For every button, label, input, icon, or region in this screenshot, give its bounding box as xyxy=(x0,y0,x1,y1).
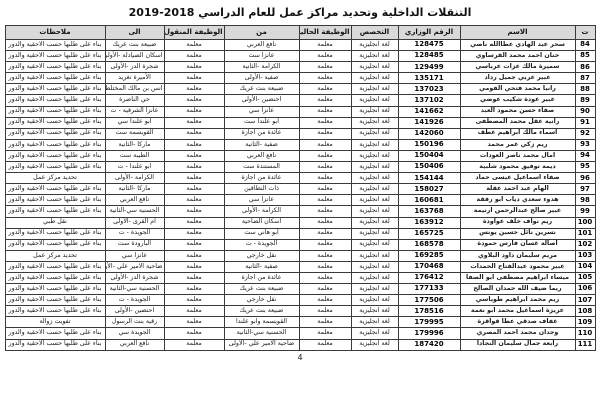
cell-serial: 88 xyxy=(575,84,595,95)
cell-ministry-number: 177506 xyxy=(398,295,460,306)
cell-notes: تحديد مركز عمل xyxy=(5,173,105,184)
table-row: 89عبير عودة شكيب عوضي137102لغة انجليزيةم… xyxy=(5,95,595,106)
col-header-specialty: التخصص xyxy=(351,26,398,40)
cell-ministry-number: 150196 xyxy=(398,139,460,150)
cell-serial: 93 xyxy=(575,139,595,150)
cell-specialty: لغة انجليزية xyxy=(351,250,398,261)
cell-current-position: معلمة xyxy=(299,117,351,128)
cell-current-position: معلمة xyxy=(299,250,351,261)
cell-specialty: لغة انجليزية xyxy=(351,106,398,117)
cell-notes: بناء على طلبها حسب الاحقية والدور xyxy=(5,62,105,73)
cell-name: صفاء حسن محمود العبد xyxy=(460,106,575,117)
table-row: 92اسماء مالك ابراهيم عطف142060لغة انجليز… xyxy=(5,128,595,139)
cell-from-school: ضبيعة بنت عريك xyxy=(224,284,299,295)
cell-specialty: لغة انجليزية xyxy=(351,239,398,250)
cell-to-school: اسكان الصيادلة -الأولى xyxy=(105,51,164,62)
cell-current-position: معلمة xyxy=(299,284,351,295)
cell-serial: 98 xyxy=(575,195,595,206)
table-row: 84سحر عبد الهادي عطاالله ناصي128475لغة ا… xyxy=(5,40,595,51)
cell-new-position: معلمة xyxy=(164,217,224,228)
cell-new-position: معلمة xyxy=(164,295,224,306)
cell-current-position: معلمة xyxy=(299,239,351,250)
cell-new-position: معلمة xyxy=(164,195,224,206)
cell-ministry-number: 176412 xyxy=(398,272,460,283)
cell-specialty: لغة انجليزية xyxy=(351,272,398,283)
table-row: 86سميرة مالك عزات عرباسي129499لغة انجليز… xyxy=(5,62,595,73)
table-row: 111رابعة جمال سليمان النجادا187420لغة ان… xyxy=(5,339,595,350)
table-row: 102اصالة غسان فارس حمودة168578لغة انجليز… xyxy=(5,239,595,250)
cell-notes: بناء على طلبها حسب الاحقية والدور xyxy=(5,339,105,350)
cell-to-school: الحسنية سي-الثانية xyxy=(105,284,164,295)
cell-current-position: معلمة xyxy=(299,184,351,195)
col-header-current-position: الوظيفة الحالية xyxy=(299,26,351,40)
cell-to-school: الحسنية سي-الثانية xyxy=(105,206,164,217)
document-page: التنقلات الداخلية وتحديد مراكز عمل للعام… xyxy=(0,0,600,398)
cell-serial: 99 xyxy=(575,206,595,217)
cell-current-position: معلمة xyxy=(299,139,351,150)
cell-to-school: القويسمة ست xyxy=(105,128,164,139)
cell-current-position: معلمة xyxy=(299,328,351,339)
cell-notes: بناء على طلبها حسب الاحقية والدور xyxy=(5,195,105,206)
cell-to-school: شجرة الدر -الأولى xyxy=(105,272,164,283)
cell-serial: 90 xyxy=(575,106,595,117)
transfers-table: ت الاسم الرقم الوزاري التخصص الوظيفة الح… xyxy=(5,25,596,351)
cell-current-position: معلمة xyxy=(299,162,351,173)
cell-current-position: معلمة xyxy=(299,195,351,206)
cell-new-position: معلمة xyxy=(164,139,224,150)
cell-from-school: عانزا سي xyxy=(224,195,299,206)
cell-current-position: معلمة xyxy=(299,173,351,184)
cell-name: ريم نواف خلف عواودة xyxy=(460,217,575,228)
cell-ministry-number: 169285 xyxy=(398,250,460,261)
col-header-ministry-number: الرقم الوزاري xyxy=(398,26,460,40)
cell-ministry-number: 160681 xyxy=(398,195,460,206)
cell-to-school: ابو علندا - ت xyxy=(105,162,164,173)
col-header-serial: ت xyxy=(575,26,595,40)
cell-new-position: معلمة xyxy=(164,128,224,139)
cell-to-school: ضبيعة بنت عريك xyxy=(105,40,164,51)
cell-specialty: لغة انجليزية xyxy=(351,84,398,95)
cell-notes: بناء على طلبها حسب الاحقية والدور xyxy=(5,128,105,139)
cell-from-school: صفية -الثانية xyxy=(224,261,299,272)
cell-from-school: عانزا سي xyxy=(224,106,299,117)
cell-to-school: شجرة الدر -الأولى xyxy=(105,62,164,73)
cell-name: رانية عقل محمد المصطفى xyxy=(460,117,575,128)
cell-from-school: ضبيعة بنت عريك xyxy=(224,84,299,95)
cell-from-school: عائدة من اجازة xyxy=(224,173,299,184)
cell-new-position: معلمة xyxy=(164,272,224,283)
cell-notes: بناء على طلبها حسب الاحقية والدور xyxy=(5,51,105,62)
cell-serial: 105 xyxy=(575,272,595,283)
cell-ministry-number: 177133 xyxy=(398,284,460,295)
cell-name: اسماء مالك ابراهيم عطف xyxy=(460,128,575,139)
cell-serial: 104 xyxy=(575,261,595,272)
cell-notes: بناء على طلبها حسب الاحقية والدور xyxy=(5,295,105,306)
cell-new-position: معلمة xyxy=(164,228,224,239)
cell-ministry-number: 128485 xyxy=(398,51,460,62)
cell-serial: 95 xyxy=(575,162,595,173)
cell-specialty: لغة انجليزية xyxy=(351,139,398,150)
cell-notes: نقل طبي xyxy=(5,217,105,228)
cell-notes: بناء على طلبها حسب الاحقية والدور xyxy=(5,162,105,173)
cell-name: عبير عودة شكيب عوضي xyxy=(460,95,575,106)
cell-serial: 91 xyxy=(575,117,595,128)
cell-from-school: المستندة ست xyxy=(224,162,299,173)
page-number: 4 xyxy=(0,353,600,362)
table-header: ت الاسم الرقم الوزاري التخصص الوظيفة الح… xyxy=(5,26,595,40)
cell-specialty: لغة انجليزية xyxy=(351,284,398,295)
table-row: 109عفاف صدقي عطا قواقزة179995لغة انجليزي… xyxy=(5,317,595,328)
cell-current-position: معلمة xyxy=(299,261,351,272)
cell-name: هدوء سعدي دياب ابو رفقة xyxy=(460,195,575,206)
table-row: 91رانية عقل محمد المصطفى141926لغة انجليز… xyxy=(5,117,595,128)
cell-new-position: معلمة xyxy=(164,51,224,62)
cell-ministry-number: 154144 xyxy=(398,173,460,184)
cell-current-position: معلمة xyxy=(299,150,351,161)
cell-specialty: لغة انجليزية xyxy=(351,195,398,206)
cell-notes: بناء على طلبها حسب الاحقية والدور xyxy=(5,206,105,217)
cell-notes: بناء على طلبها حسب الاحقية والدور xyxy=(5,150,105,161)
cell-name: صفاء اسماعيل عيسى حماد xyxy=(460,173,575,184)
col-header-notes: ملاحظات xyxy=(5,26,105,40)
cell-name: عزيزة اسماعيل محمد ابو نعمة xyxy=(460,306,575,317)
cell-ministry-number: 163912 xyxy=(398,217,460,228)
table-row: 106ريما ضيف الله حمدان الصالح177133لغة ا… xyxy=(5,284,595,295)
cell-notes: بناء على طلبها حسب الاحقية والدور xyxy=(5,261,105,272)
cell-new-position: معلمة xyxy=(164,84,224,95)
table-row: 97الهام عبد احمد عقلة158027لغة انجليزيةم… xyxy=(5,184,595,195)
table-row: 93ريم زكي عمر محمد150196لغة انجليزيةمعلم… xyxy=(5,139,595,150)
table-row: 95ديمة توفيق محمود شلبية150406لغة انجليز… xyxy=(5,162,595,173)
cell-new-position: معلمة xyxy=(164,284,224,295)
cell-to-school: البارودة ست xyxy=(105,239,164,250)
cell-to-school: عانزا الشرقية - ت xyxy=(105,106,164,117)
cell-new-position: معلمة xyxy=(164,62,224,73)
cell-new-position: معلمة xyxy=(164,339,224,350)
cell-from-school: ضبيعة بنت عريك xyxy=(224,306,299,317)
cell-from-school: ضاحية الامير علي -الأولى xyxy=(224,339,299,350)
cell-name: عبير عربي جميل رداد xyxy=(460,73,575,84)
cell-notes: بناء على طلبها حسب الاحقية والدور xyxy=(5,272,105,283)
cell-notes: بناء على طلبها حسب الاحقية والدور xyxy=(5,328,105,339)
col-header-from-school: من xyxy=(224,26,299,40)
cell-new-position: معلمة xyxy=(164,250,224,261)
cell-from-school: نقل خارجي xyxy=(224,295,299,306)
cell-to-school: عانزا سي xyxy=(105,250,164,261)
table-row: 108عزيزة اسماعيل محمد ابو نعمة178516لغة … xyxy=(5,306,595,317)
cell-to-school: احنضين -الأولى xyxy=(105,306,164,317)
cell-name: رابعة جمال سليمان النجادا xyxy=(460,339,575,350)
cell-ministry-number: 170468 xyxy=(398,261,460,272)
cell-specialty: لغة انجليزية xyxy=(351,261,398,272)
cell-current-position: معلمة xyxy=(299,62,351,73)
cell-serial: 107 xyxy=(575,295,595,306)
cell-specialty: لغة انجليزية xyxy=(351,295,398,306)
cell-specialty: لغة انجليزية xyxy=(351,128,398,139)
cell-name: ريم زكي عمر محمد xyxy=(460,139,575,150)
cell-serial: 89 xyxy=(575,95,595,106)
cell-notes: بناء على طلبها حسب الاحقية والدور xyxy=(5,239,105,250)
cell-new-position: معلمة xyxy=(164,306,224,317)
cell-to-school: ضاحية الامير علي -الأولى xyxy=(105,261,164,272)
cell-to-school: الطيبة ست xyxy=(105,150,164,161)
cell-serial: 101 xyxy=(575,228,595,239)
cell-notes: بناء على طلبها حسب الاحقية والدور xyxy=(5,40,105,51)
cell-specialty: لغة انجليزية xyxy=(351,162,398,173)
cell-to-school: حي الناصرة xyxy=(105,95,164,106)
cell-new-position: معلمة xyxy=(164,206,224,217)
cell-serial: 100 xyxy=(575,217,595,228)
cell-current-position: معلمة xyxy=(299,306,351,317)
cell-current-position: معلمة xyxy=(299,317,351,328)
cell-ministry-number: 128475 xyxy=(398,40,460,51)
cell-notes: بناء على طلبها حسب الاحقية والدور xyxy=(5,184,105,195)
cell-ministry-number: 179996 xyxy=(398,328,460,339)
cell-notes: بناء على طلبها حسب الاحقية والدور xyxy=(5,73,105,84)
cell-new-position: معلمة xyxy=(164,150,224,161)
cell-from-school: عائدة من اجازة xyxy=(224,272,299,283)
cell-from-school: الكرامة -الثانية xyxy=(224,62,299,73)
cell-serial: 108 xyxy=(575,306,595,317)
cell-specialty: لغة انجليزية xyxy=(351,150,398,161)
cell-serial: 111 xyxy=(575,339,595,350)
cell-serial: 94 xyxy=(575,150,595,161)
cell-current-position: معلمة xyxy=(299,228,351,239)
table-row: 110وجدان محمد احمد المصري179996لغة انجلي… xyxy=(5,328,595,339)
cell-current-position: معلمة xyxy=(299,128,351,139)
cell-current-position: معلمة xyxy=(299,51,351,62)
cell-from-school: الجويدة - ت xyxy=(224,239,299,250)
cell-specialty: لغة انجليزية xyxy=(351,328,398,339)
cell-current-position: معلمة xyxy=(299,73,351,84)
cell-to-school: ام القرى -الأولى xyxy=(105,217,164,228)
cell-from-school: القويسمة وابو علندا xyxy=(224,317,299,328)
cell-name: امال محمد ناصر العودات xyxy=(460,150,575,161)
col-header-new-position: الوظيفة المنقول اليها xyxy=(164,26,224,40)
cell-new-position: معلمة xyxy=(164,317,224,328)
cell-specialty: لغة انجليزية xyxy=(351,206,398,217)
table-row: 103مريم سليمان داود البلاوي169285لغة انج… xyxy=(5,250,595,261)
page-title: التنقلات الداخلية وتحديد مراكز عمل للعام… xyxy=(0,6,600,19)
cell-new-position: معلمة xyxy=(164,106,224,117)
cell-name: ديمة توفيق محمود شلبية xyxy=(460,162,575,173)
cell-new-position: معلمة xyxy=(164,73,224,84)
cell-new-position: معلمة xyxy=(164,261,224,272)
cell-current-position: معلمة xyxy=(299,217,351,228)
col-header-to-school: الى xyxy=(105,26,164,40)
cell-specialty: لغة انجليزية xyxy=(351,306,398,317)
cell-serial: 85 xyxy=(575,51,595,62)
cell-ministry-number: 163768 xyxy=(398,206,460,217)
cell-current-position: معلمة xyxy=(299,206,351,217)
cell-ministry-number: 165725 xyxy=(398,228,460,239)
cell-name: مريم سليمان داود البلاوي xyxy=(460,250,575,261)
cell-specialty: لغة انجليزية xyxy=(351,117,398,128)
cell-specialty: لغة انجليزية xyxy=(351,339,398,350)
table-row: 100ريم نواف خلف عواودة163912لغة انجليزية… xyxy=(5,217,595,228)
cell-specialty: لغة انجليزية xyxy=(351,62,398,73)
cell-to-school: الجويدة سي xyxy=(105,328,164,339)
cell-notes: بناء على طلبها حسب الاحقية والدور xyxy=(5,306,105,317)
cell-ministry-number: 137102 xyxy=(398,95,460,106)
cell-notes: بناء على طلبها حسب الاحقية والدور xyxy=(5,139,105,150)
cell-specialty: لغة انجليزية xyxy=(351,184,398,195)
cell-serial: 96 xyxy=(575,173,595,184)
cell-name: ريما ضيف الله حمدان الصالح xyxy=(460,284,575,295)
cell-ministry-number: 178516 xyxy=(398,306,460,317)
cell-to-school: رقية بنت الرسول xyxy=(105,317,164,328)
cell-from-school: نافع العربي xyxy=(224,40,299,51)
cell-notes: بناء على طلبها حسب الاحقية والدور xyxy=(5,117,105,128)
cell-current-position: معلمة xyxy=(299,295,351,306)
cell-name: حنان احمد محمد القرساوي xyxy=(460,51,575,62)
cell-serial: 109 xyxy=(575,317,595,328)
cell-specialty: لغة انجليزية xyxy=(351,95,398,106)
table-body: 84سحر عبد الهادي عطاالله ناصي128475لغة ا… xyxy=(5,40,595,351)
cell-ministry-number: 137023 xyxy=(398,84,460,95)
cell-current-position: معلمة xyxy=(299,272,351,283)
cell-new-position: معلمة xyxy=(164,117,224,128)
cell-name: عفاف صدقي عطا قواقزة xyxy=(460,317,575,328)
cell-notes: بناء على طلبها حسب الاحقية والدور xyxy=(5,84,105,95)
cell-ministry-number: 158027 xyxy=(398,184,460,195)
cell-notes: تحديد مركز عمل xyxy=(5,250,105,261)
cell-from-school: صفية -الثانية xyxy=(224,139,299,150)
table-row: 94امال محمد ناصر العودات150404لغة انجليز… xyxy=(5,150,595,161)
cell-specialty: لغة انجليزية xyxy=(351,228,398,239)
cell-notes: بناء على طلبها حسب الاحقية والدور xyxy=(5,95,105,106)
cell-name: الهام عبد احمد عقلة xyxy=(460,184,575,195)
cell-serial: 103 xyxy=(575,250,595,261)
cell-notes: بناء على طلبها حسب الاحقية والدور xyxy=(5,284,105,295)
cell-from-school: عانزا ست xyxy=(224,51,299,62)
cell-current-position: معلمة xyxy=(299,95,351,106)
table-row: 98هدوء سعدي دياب ابو رفقة160681لغة انجلي… xyxy=(5,195,595,206)
cell-ministry-number: 187420 xyxy=(398,339,460,350)
cell-ministry-number: 141662 xyxy=(398,106,460,117)
cell-notes: تفويت زوالة xyxy=(5,317,105,328)
cell-serial: 110 xyxy=(575,328,595,339)
cell-from-school: ابو هاني ست xyxy=(224,228,299,239)
cell-ministry-number: 179995 xyxy=(398,317,460,328)
cell-to-school: ماركا -الثانية xyxy=(105,184,164,195)
cell-new-position: معلمة xyxy=(164,328,224,339)
cell-from-school: عائدة من اجازة xyxy=(224,128,299,139)
cell-from-school: نافع العربي xyxy=(224,150,299,161)
cell-ministry-number: 129499 xyxy=(398,62,460,73)
cell-current-position: معلمة xyxy=(299,40,351,51)
table-row: 101نسرين نائل حسين يونس165725لغة انجليزي… xyxy=(5,228,595,239)
table-row: 105ميساء ابراهيم مصطفى ابو الصفا176412لغ… xyxy=(5,272,595,283)
cell-from-school: اسكان الضاحية xyxy=(224,217,299,228)
cell-new-position: معلمة xyxy=(164,40,224,51)
cell-current-position: معلمة xyxy=(299,84,351,95)
cell-current-position: معلمة xyxy=(299,339,351,350)
cell-new-position: معلمة xyxy=(164,162,224,173)
cell-specialty: لغة انجليزية xyxy=(351,317,398,328)
cell-serial: 106 xyxy=(575,284,595,295)
cell-serial: 87 xyxy=(575,73,595,84)
cell-current-position: معلمة xyxy=(299,106,351,117)
table-row: 99عبير صالح عبدالرحمن ارنيمة163768لغة ان… xyxy=(5,206,595,217)
cell-new-position: معلمة xyxy=(164,173,224,184)
cell-specialty: لغة انجليزية xyxy=(351,173,398,184)
table-row: 85حنان احمد محمد القرساوي128485لغة انجلي… xyxy=(5,51,595,62)
cell-to-school: نافع العربي xyxy=(105,339,164,350)
cell-ministry-number: 168578 xyxy=(398,239,460,250)
cell-name: رانيا محمد فتحي الفومي xyxy=(460,84,575,95)
cell-serial: 84 xyxy=(575,40,595,51)
cell-name: ريم محمد ابراهيم طوباسي xyxy=(460,295,575,306)
cell-ministry-number: 142060 xyxy=(398,128,460,139)
cell-from-school: احنضين -الأولى xyxy=(224,95,299,106)
table-row: 87عبير عربي جميل رداد135171لغة انجليزيةم… xyxy=(5,73,595,84)
cell-name: ميساء ابراهيم مصطفى ابو الصفا xyxy=(460,272,575,283)
cell-new-position: معلمة xyxy=(164,239,224,250)
cell-to-school: الكرامة -الأولى xyxy=(105,173,164,184)
cell-ministry-number: 150404 xyxy=(398,150,460,161)
header-row: ت الاسم الرقم الوزاري التخصص الوظيفة الح… xyxy=(5,26,595,40)
cell-notes: بناء على طلبها حسب الاحقية والدور xyxy=(5,106,105,117)
cell-name: عبير صالح عبدالرحمن ارنيمة xyxy=(460,206,575,217)
table-row: 96صفاء اسماعيل عيسى حماد154144لغة انجليز… xyxy=(5,173,595,184)
table-row: 88رانيا محمد فتحي الفومي137023لغة انجليز… xyxy=(5,84,595,95)
cell-name: سحر عبد الهادي عطاالله ناصي xyxy=(460,40,575,51)
cell-name: اصالة غسان فارس حمودة xyxy=(460,239,575,250)
cell-serial: 86 xyxy=(575,62,595,73)
cell-ministry-number: 150406 xyxy=(398,162,460,173)
cell-new-position: معلمة xyxy=(164,184,224,195)
cell-to-school: انس بن مالك المختلطة xyxy=(105,84,164,95)
cell-serial: 97 xyxy=(575,184,595,195)
cell-to-school: الجويدة - ت xyxy=(105,295,164,306)
cell-name: وجدان محمد احمد المصري xyxy=(460,328,575,339)
cell-from-school: نقل خارجي xyxy=(224,250,299,261)
cell-specialty: لغة انجليزية xyxy=(351,51,398,62)
cell-serial: 92 xyxy=(575,128,595,139)
cell-name: عبير محمود عبدالفتاح الحمدات xyxy=(460,261,575,272)
table-row: 104عبير محمود عبدالفتاح الحمدات170468لغة… xyxy=(5,261,595,272)
cell-from-school: صفية -الأولى xyxy=(224,73,299,84)
cell-specialty: لغة انجليزية xyxy=(351,73,398,84)
cell-specialty: لغة انجليزية xyxy=(351,217,398,228)
cell-new-position: معلمة xyxy=(164,95,224,106)
cell-to-school: الأميرة تغريد xyxy=(105,73,164,84)
cell-from-school: ذات النطاقين xyxy=(224,184,299,195)
cell-from-school: ابو علندا ست xyxy=(224,117,299,128)
cell-notes: بناء على طلبها حسب الاحقية والدور xyxy=(5,228,105,239)
cell-name: سميرة مالك عزات عرباسي xyxy=(460,62,575,73)
cell-specialty: لغة انجليزية xyxy=(351,40,398,51)
cell-ministry-number: 135171 xyxy=(398,73,460,84)
cell-serial: 102 xyxy=(575,239,595,250)
cell-to-school: ابو علندا سي xyxy=(105,117,164,128)
cell-name: نسرين نائل حسين يونس xyxy=(460,228,575,239)
table-row: 90صفاء حسن محمود العبد141662لغة انجليزية… xyxy=(5,106,595,117)
table-row: 107ريم محمد ابراهيم طوباسي177506لغة انجل… xyxy=(5,295,595,306)
cell-to-school: نافع العربي xyxy=(105,195,164,206)
cell-to-school: الجويدة - ت xyxy=(105,228,164,239)
cell-from-school: الكرامة -الأولى xyxy=(224,206,299,217)
col-header-name: الاسم xyxy=(460,26,575,40)
cell-ministry-number: 141926 xyxy=(398,117,460,128)
cell-to-school: ماركا -الثانية xyxy=(105,139,164,150)
cell-from-school: الحسنية سي-الثانية xyxy=(224,328,299,339)
